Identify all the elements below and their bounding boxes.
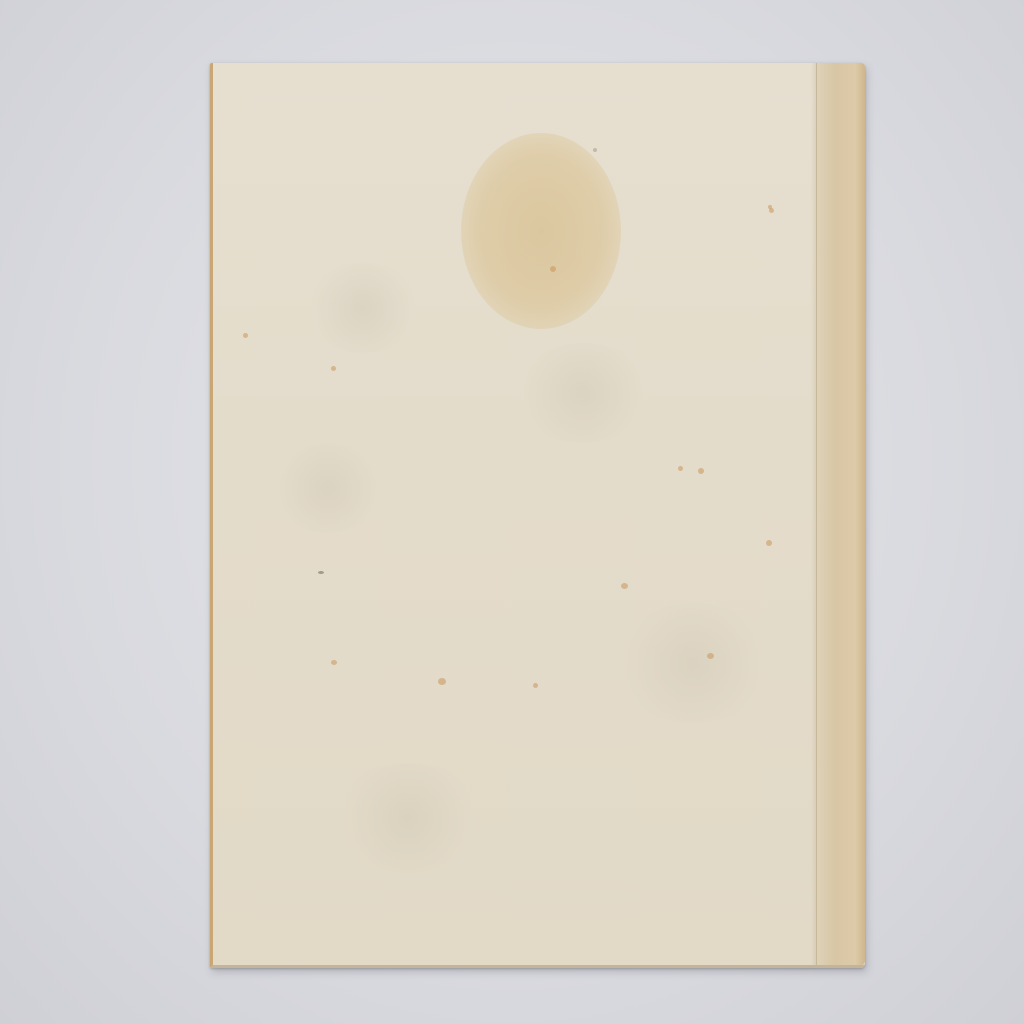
foxing-spot bbox=[698, 468, 704, 474]
foxing-spot bbox=[331, 366, 336, 371]
foxing-spot bbox=[766, 540, 772, 546]
foxing-spot bbox=[621, 583, 628, 589]
mottle-spot bbox=[333, 763, 483, 873]
foxing-spot bbox=[678, 466, 683, 471]
foxing-spot bbox=[331, 660, 337, 665]
foxing-spot bbox=[438, 678, 446, 685]
book-back-cover bbox=[210, 63, 865, 968]
mottle-spot bbox=[273, 443, 383, 533]
mottle-spot bbox=[303, 263, 423, 353]
foxing-spot bbox=[533, 683, 538, 688]
foxing-spot bbox=[707, 653, 714, 659]
foxing-spot bbox=[318, 571, 324, 574]
mottle-spot bbox=[513, 343, 653, 443]
water-stain bbox=[461, 133, 621, 329]
foxing-spot bbox=[593, 148, 597, 152]
book-spine bbox=[816, 63, 865, 965]
mottle-spot bbox=[613, 603, 773, 723]
foxing-spot bbox=[243, 333, 248, 338]
foxing-spot bbox=[768, 205, 772, 209]
foxing-spot bbox=[550, 266, 556, 272]
